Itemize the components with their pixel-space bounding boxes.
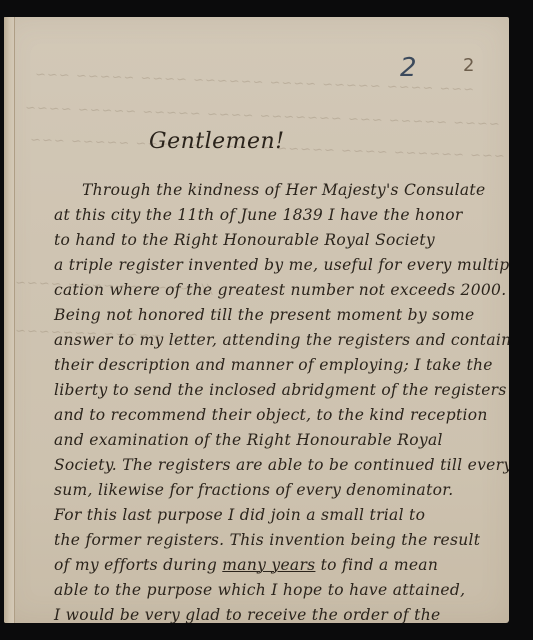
manuscript-page: ~~~ ~~~~ ~~~~~ ~~~~ ~~~~~~ ~~~~ ~~~~~ ~~…: [4, 17, 509, 623]
letter-line: I would be very glad to receive the orde…: [54, 606, 440, 623]
letter-line: sum, likewise for fractions of every den…: [54, 481, 453, 499]
letter-line: to hand to the Right Honourable Royal So…: [54, 231, 435, 249]
letter-line: at this city the 11th of June 1839 I hav…: [54, 206, 463, 224]
letter-line: and to recommend their object, to the ki…: [54, 406, 488, 424]
letter-line: their description and manner of employin…: [54, 356, 493, 374]
letter-line: answer to my letter, attending the regis…: [54, 331, 509, 349]
letter-line: liberty to send the inclosed abridgment …: [54, 381, 507, 399]
letter-line: For this last purpose I did join a small…: [54, 506, 425, 524]
letter-line: able to the purpose which I hope to have…: [54, 581, 465, 599]
letter-line: Society. The registers are able to be co…: [54, 456, 509, 474]
letter-line: Being not honored till the present momen…: [54, 306, 475, 324]
letter-line: and examination of the Right Honourable …: [54, 431, 443, 449]
letter-line: cation where of the greatest number not …: [54, 281, 506, 299]
letter-line: Through the kindness of Her Majesty's Co…: [82, 181, 485, 199]
letter-body: Through the kindness of Her Majesty's Co…: [4, 17, 509, 623]
scan-frame: ~~~ ~~~~ ~~~~~ ~~~~ ~~~~~~ ~~~~ ~~~~~ ~~…: [0, 0, 533, 640]
letter-line: a triple register invented by me, useful…: [54, 256, 509, 274]
letter-line: of my efforts during many years to find …: [54, 556, 438, 574]
letter-line: the former registers. This invention bei…: [54, 531, 480, 549]
underlined-phrase: many years: [222, 556, 315, 574]
